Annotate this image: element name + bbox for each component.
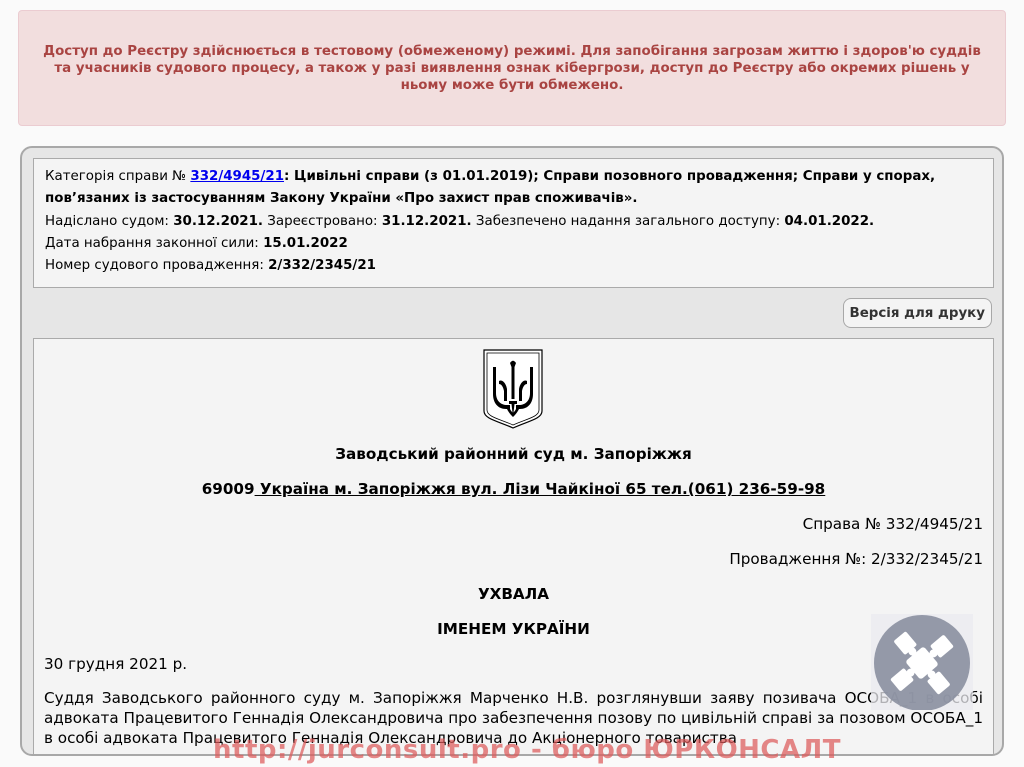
case-category: Категорія справи № 332/4945/21: Цивільні… xyxy=(45,166,982,188)
access-alert: Доступ до Реєстру здійснюється в тестово… xyxy=(18,10,1006,126)
legal-force-date: Дата набрання законної сили: 15.01.2022 xyxy=(45,233,982,255)
alert-text: Доступ до Реєстру здійснюється в тестово… xyxy=(35,43,989,94)
court-address: 69009 Україна м. Запоріжжя вул. Лізи Чай… xyxy=(34,480,993,498)
decision-date: 30 грудня 2021 р. xyxy=(44,655,187,673)
decision-document: Заводський районний суд м. Запоріжжя 690… xyxy=(33,338,994,756)
registered-date: 31.12.2021. xyxy=(382,214,472,229)
public-access-date: 04.01.2022. xyxy=(784,214,874,229)
proceeding-number-doc: Провадження №: 2/332/2345/21 xyxy=(729,550,983,568)
print-version-button[interactable]: Версія для друку xyxy=(843,298,993,328)
decision-container: Категорія справи № 332/4945/21: Цивільні… xyxy=(20,146,1004,756)
proceeding-number: Номер судового провадження: 2/332/2345/2… xyxy=(45,255,982,277)
case-number-link[interactable]: 332/4945/21 xyxy=(190,169,284,184)
case-number: Справа № 332/4945/21 xyxy=(803,515,983,533)
in-name-of-ukraine: ІМЕНЕМ УКРАЇНИ xyxy=(34,620,993,638)
case-dates: Надіслано судом: 30.12.2021. Зареєстрова… xyxy=(45,211,982,233)
document-type: УХВАЛА xyxy=(34,585,993,603)
court-name: Заводський районний суд м. Запоріжжя xyxy=(34,445,993,463)
case-info-panel: Категорія справи № 332/4945/21: Цивільні… xyxy=(33,158,994,288)
puzzle-cross-logo-icon xyxy=(871,614,973,710)
sent-date: 30.12.2021. xyxy=(173,214,263,229)
watermark-text: http://jurconsult.pro - бюро ЮРКОНСАЛТ xyxy=(213,735,841,765)
ukraine-trident-icon xyxy=(483,349,543,429)
